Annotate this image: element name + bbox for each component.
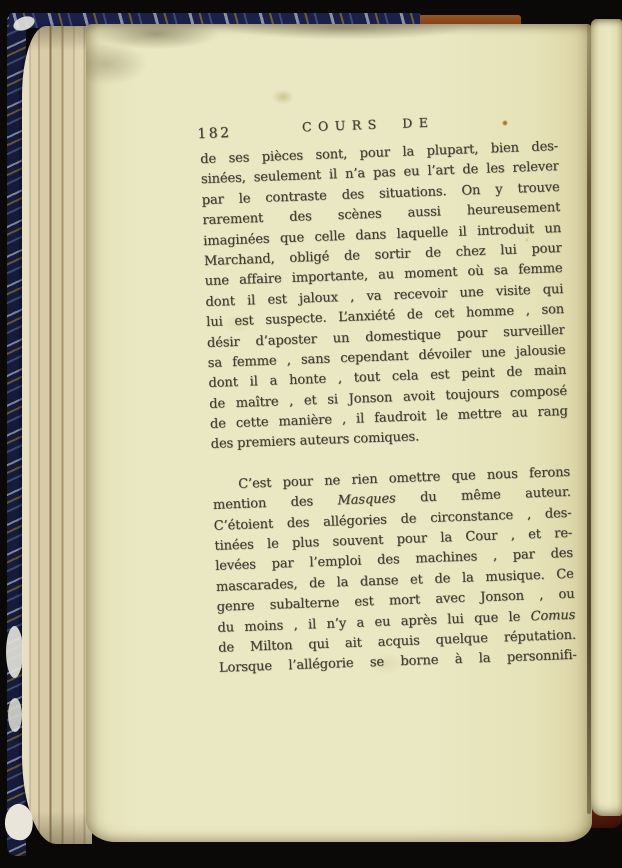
- book-scan: 182 COURS DE de ses pièces sont, pour la…: [0, 0, 622, 868]
- italic-work-title: Comus: [530, 607, 575, 624]
- text-segment: mention des: [213, 494, 338, 514]
- gutter-crease: [587, 24, 591, 814]
- book-page: 182 COURS DE de ses pièces sont, pour la…: [86, 24, 592, 842]
- book-photo-background: { "page": { "number": "182", "running_he…: [0, 0, 622, 868]
- page-content: 182 COURS DE de ses pièces sont, pour la…: [199, 108, 577, 680]
- paragraph-1: de ses pièces sont, pour la plupart, bie…: [200, 137, 569, 456]
- page-edges-stack: [22, 26, 92, 844]
- italic-work-title: Masques: [337, 491, 396, 508]
- paper-chip: [8, 698, 22, 732]
- running-header: COURS DE: [199, 108, 557, 138]
- facing-page-edge: [591, 19, 622, 816]
- paragraph-2: C’est pour ne rien omettre que nous fero…: [212, 463, 577, 680]
- text-segment: du même auteur.: [395, 485, 571, 506]
- paper-chip: [6, 626, 23, 678]
- page-number: 182: [197, 125, 232, 142]
